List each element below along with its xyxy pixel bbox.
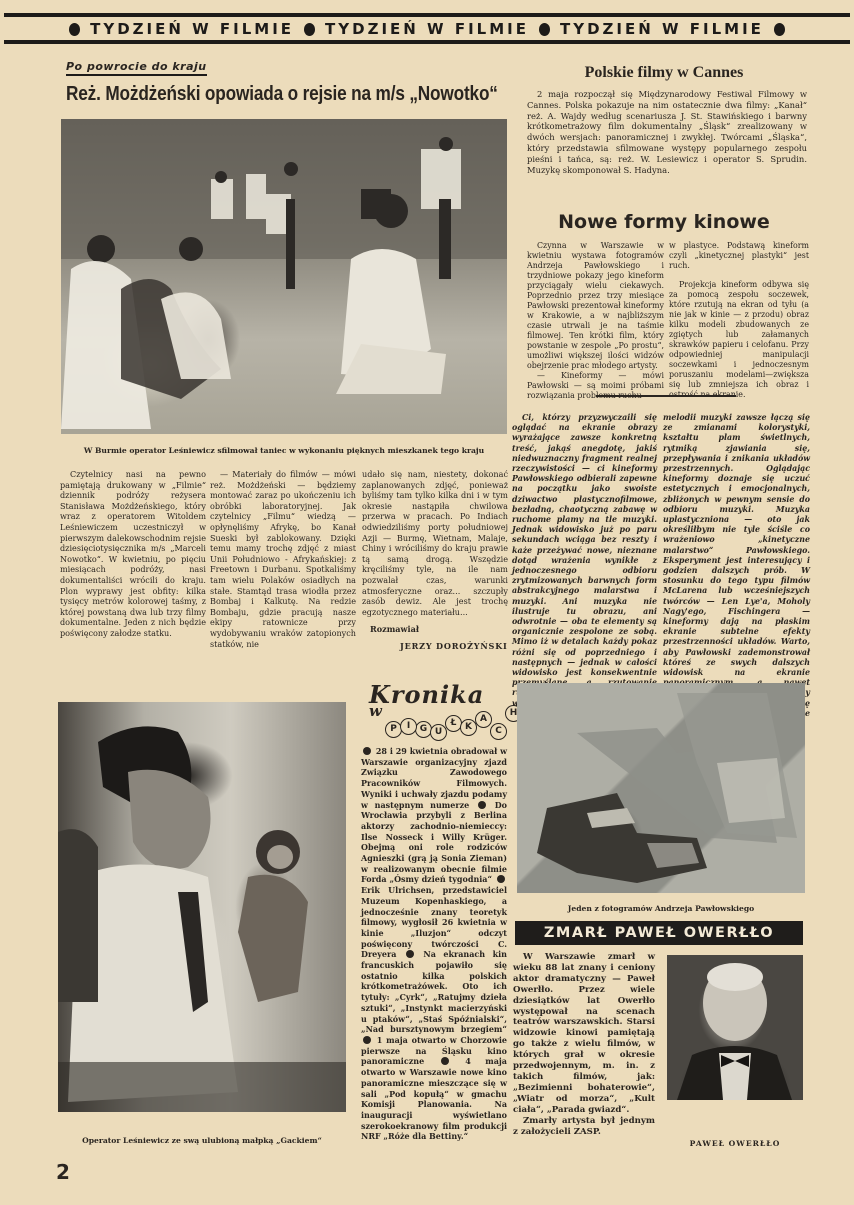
section-banner: TYDZIEŃ W FILMIE TYDZIEŃ W FILMIE TYDZIE… bbox=[0, 17, 854, 41]
article-headline: Reż. Możdżeński opowiada o rejsie na m/s… bbox=[66, 82, 498, 106]
bullet-icon bbox=[69, 23, 80, 36]
obituary-body: W Warszawie zmarł w wieku 88 lat znany i… bbox=[513, 952, 655, 1137]
kineform-photo-caption: Jeden z fotogramów Andrzeja Pawłowskiego bbox=[517, 904, 805, 913]
kineform-col-1: Czynna w Warszawie w kwietniu wystawa fo… bbox=[527, 241, 664, 401]
section-divider bbox=[596, 395, 736, 397]
bullet-icon bbox=[363, 747, 371, 755]
interviewer-label: Rozmawiał bbox=[362, 624, 508, 635]
banner-text: TYDZIEŃ W FILMIE bbox=[325, 20, 529, 38]
kronika-title: Kronika bbox=[369, 680, 484, 709]
paragraph: 2 maja rozpoczął się Międzynarodowy Fest… bbox=[527, 89, 807, 175]
bullet-icon bbox=[363, 1036, 371, 1044]
photo-illustration bbox=[61, 119, 507, 434]
kronika-item: Na ekranach kin francuskich pojawiło się… bbox=[361, 949, 507, 1034]
paragraph: Projekcja kineform odbywa się za pomocą … bbox=[669, 280, 809, 400]
author-byline: JERZY DOROŻYŃSKI bbox=[362, 641, 508, 652]
pill-icon: A bbox=[475, 711, 492, 728]
kronika-items: 28 i 29 kwietnia obradował w Warszawie o… bbox=[361, 746, 507, 1142]
bullet-icon bbox=[304, 23, 315, 36]
operator-monkey-photo bbox=[58, 702, 346, 1112]
bullet-icon bbox=[478, 801, 486, 809]
kineform-photogram bbox=[517, 683, 805, 893]
owerllo-portrait bbox=[667, 955, 803, 1100]
pill-icon: U bbox=[430, 724, 447, 741]
banner-text: TYDZIEŃ W FILMIE bbox=[90, 20, 294, 38]
obituary-title: ZMARŁ PAWEŁ OWERŁŁO bbox=[515, 921, 803, 945]
bullet-icon bbox=[406, 950, 414, 958]
kineform-col-2: w plastyce. Podstawą kineform czyli „kin… bbox=[669, 241, 809, 400]
kineform-italic-col-1: Ci, którzy przyzwyczaili się oglądać na … bbox=[512, 413, 657, 719]
paragraph: Zmarły artysta był jednym z założycieli … bbox=[513, 1116, 655, 1138]
kronika-item: 4 maja otwarto w Warszawie nowe kino pan… bbox=[361, 1056, 507, 1141]
pill-icon: I bbox=[400, 718, 417, 735]
paragraph: melodii muzyki zawsze łączą się ze zmian… bbox=[663, 413, 810, 729]
main-article-col-2: — Materiały do filmów — mówi reż. Możdże… bbox=[210, 469, 356, 649]
main-article-col-3: udało się nam, niestety, dokonać zaplano… bbox=[362, 469, 508, 652]
kineform-title: Nowe formy kinowe bbox=[520, 211, 808, 233]
banner-rule-bottom bbox=[4, 40, 850, 44]
kronika-item: Erik Ulrichsen, przedstawiciel Muzeum Ko… bbox=[361, 885, 507, 959]
bullet-icon bbox=[539, 23, 550, 36]
kronika-body: 28 i 29 kwietnia obradował w Warszawie o… bbox=[361, 746, 507, 1142]
paragraph: Czytelnicy nasi na pewno pamiętają druko… bbox=[60, 469, 206, 639]
paragraph: Czynna w Warszawie w kwietniu wystawa fo… bbox=[527, 241, 664, 371]
paragraph: udało się nam, niestety, dokonać zaplano… bbox=[362, 469, 508, 617]
cannes-title: Polskie filmy w Cannes bbox=[520, 64, 808, 82]
monkey-photo-caption: Operator Leśniewicz ze swą ulubioną małp… bbox=[58, 1136, 346, 1145]
pill-letters: PIGUŁKACH bbox=[385, 716, 520, 738]
paragraph: W Warszawie zmarł w wieku 88 lat znany i… bbox=[513, 952, 655, 1116]
kronika-item: 28 i 29 kwietnia obradował w Warszawie o… bbox=[361, 746, 507, 810]
owerllo-photo-caption: PAWEŁ OWERŁŁO bbox=[667, 1139, 803, 1148]
banner-text: TYDZIEŃ W FILMIE bbox=[560, 20, 764, 38]
bullet-icon bbox=[497, 875, 505, 883]
photo-illustration bbox=[58, 702, 346, 1112]
photo-illustration bbox=[667, 955, 803, 1100]
kronika-logo: Kronika w PIGUŁKACH bbox=[367, 684, 507, 742]
paragraph: w plastyce. Podstawą kineform czyli „kin… bbox=[669, 241, 809, 271]
paragraph: Ci, którzy przyzwyczaili się oglądać na … bbox=[512, 413, 657, 719]
paragraph: — Materiały do filmów — mówi reż. Możdże… bbox=[210, 469, 356, 649]
kronika-small: w bbox=[369, 702, 383, 720]
article-kicker: Po powrocie do kraju bbox=[66, 60, 207, 76]
photo-illustration bbox=[517, 683, 805, 893]
bullet-icon bbox=[441, 1057, 449, 1065]
page-number: 2 bbox=[56, 1160, 70, 1184]
kronika-item: Do Wrocławia przybyli z Berlina aktorzy … bbox=[361, 800, 507, 885]
cannes-body: 2 maja rozpoczął się Międzynarodowy Fest… bbox=[527, 89, 807, 175]
pill-icon: C bbox=[490, 723, 507, 740]
bullet-icon bbox=[774, 23, 785, 36]
burma-photo-caption: W Burmie operator Leśniewicz sfilmował t… bbox=[61, 446, 507, 455]
burma-dance-photo bbox=[61, 119, 507, 434]
main-article-col-1: Czytelnicy nasi na pewno pamiętają druko… bbox=[60, 469, 206, 639]
